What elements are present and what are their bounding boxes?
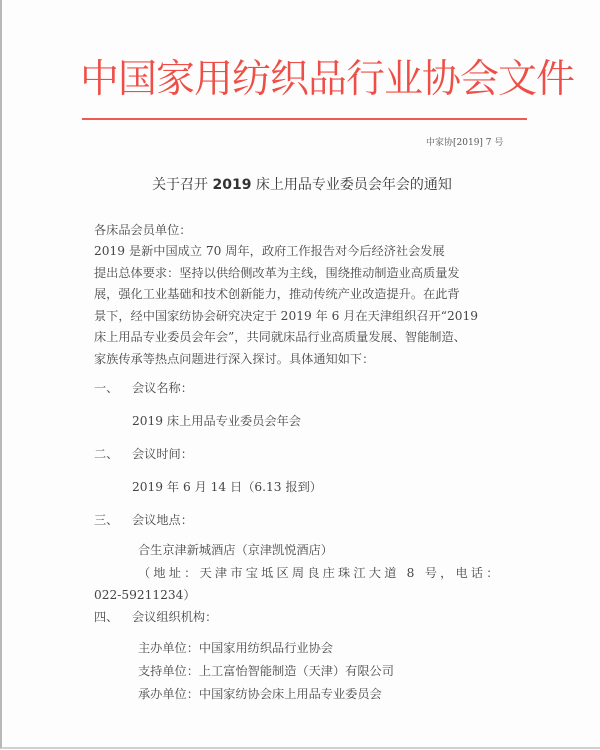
section-title: 会议组织机构： — [132, 610, 217, 624]
title-suffix: 床上用品专业委员会年会的通知 — [251, 177, 451, 193]
section-number: 三、 — [94, 510, 132, 530]
title-prefix: 关于召开 — [152, 177, 212, 193]
intro-line: 家族传承等热点问题进行深入探讨。具体通知如下： — [94, 349, 514, 371]
title-year: 2019 — [213, 177, 252, 193]
organizer-host: 主办单位：中国家用纺织品行业协会 — [138, 638, 333, 658]
salutation: 各床品会员单位： — [94, 220, 192, 240]
masthead-title: 中国家用纺织品行业协会文件 — [80, 58, 530, 102]
intro-line: 床上用品专业委员会年会”，共同就床品行业高质量发展、智能制造、 — [94, 327, 514, 349]
venue-name: 合生京津新城酒店（京津凯悦酒店） — [138, 540, 333, 560]
section-heading-3: 三、会议地点： — [94, 510, 193, 530]
section-number: 四、 — [94, 607, 132, 627]
section-number: 二、 — [94, 444, 132, 464]
intro-line: 展，强化工业基础和技术创新能力，推动传统产业改造提升。在此背 — [94, 284, 514, 306]
section-title: 会议时间： — [132, 447, 193, 461]
section-number: 一、 — [94, 378, 132, 398]
section-title: 会议地点： — [132, 513, 193, 527]
intro-line: 提出总体要求：坚持以供给侧改革为主线，围绕推动制造业高质量发 — [94, 263, 514, 285]
venue-address: （地址：天津市宝坻区周良庄珠江大道 8 号，电话： — [138, 563, 502, 583]
red-divider — [82, 118, 527, 120]
document-number: 中家协[2019] 7 号 — [426, 135, 503, 148]
section-heading-2: 二、会议时间： — [94, 444, 193, 464]
section-heading-4: 四、会议组织机构： — [94, 607, 217, 627]
intro-paragraph: 2019 是新中国成立 70 周年，政府工作报告对今后经济社会发展 提出总体要求… — [94, 241, 514, 370]
section-heading-1: 一、会议名称： — [94, 378, 193, 398]
intro-line: 景下，经中国家纺协会研究决定于 2019 年 6 月在天津组织召开“2019 — [94, 306, 514, 328]
intro-line: 2019 是新中国成立 70 周年，政府工作报告对今后经济社会发展 — [94, 241, 514, 263]
section-title: 会议名称： — [132, 381, 193, 395]
notice-title: 关于召开 2019 床上用品专业委员会年会的通知 — [2, 174, 600, 194]
organizer-undertaker: 承办单位：中国家纺协会床上用品专业委员会 — [138, 684, 382, 704]
venue-phone: 022-59211234） — [94, 585, 196, 605]
conference-date: 2019 年 6 月 14 日（6.13 报到） — [132, 477, 322, 497]
organizer-supporter: 支持单位：上工富怡智能制造（天津）有限公司 — [138, 661, 394, 681]
document-page: 中国家用纺织品行业协会文件 中家协[2019] 7 号 关于召开 2019 床上… — [0, 0, 600, 749]
conference-name: 2019 床上用品专业委员会年会 — [132, 411, 301, 431]
